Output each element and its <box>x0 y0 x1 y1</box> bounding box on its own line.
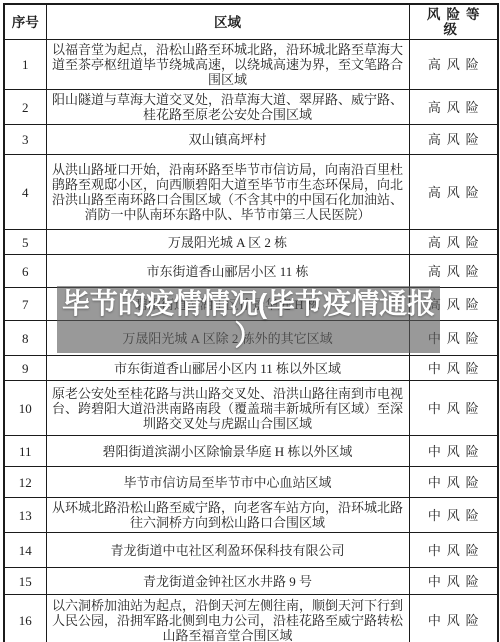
row-no-cell: 2 <box>4 90 46 125</box>
table-row: 15 青龙街道金钟社区水井路 9 号 中风险 <box>4 568 498 595</box>
risk-cell: 中风险 <box>409 568 498 595</box>
risk-cell: 中风险 <box>409 498 498 533</box>
region-cell: 碧阳街道滨湖小区除愉景华庭 H 栋以外区域 <box>46 436 409 467</box>
row-no-cell: 14 <box>4 533 46 568</box>
table-row: 2 阳山隧道与草海大道交叉处，沿草海大道、翠屏路、威宁路、桂花路至原老公安处合围… <box>4 90 498 125</box>
region-cell: 从环城北路沿松山路至威宁路，向老客车站方向，沿环城北路往六洞桥方向到松山路口合围… <box>46 498 409 533</box>
table-row: 1 以福音堂为起点，沿松山路至环城北路，沿环城北路至草海大道至茶亭枢纽道毕节绕城… <box>4 40 498 90</box>
risk-cell: 中风险 <box>409 356 498 381</box>
row-no-cell: 1 <box>4 40 46 90</box>
table-row: 6 市东街道香山郦居小区 11 栋 高风险 <box>4 255 498 288</box>
region-cell: 以福音堂为起点，沿松山路至环城北路，沿环城北路至草海大道至茶亭枢纽道毕节绕城高速… <box>46 40 409 90</box>
row-no-cell: 13 <box>4 498 46 533</box>
risk-cell: 高风险 <box>409 155 498 230</box>
region-cell: 青龙街道中屯社区利盈环保科技有限公司 <box>46 533 409 568</box>
region-cell: 万晟阳光城 A 区 2 栋 <box>46 230 409 255</box>
table-row: 13 从环城北路沿松山路至威宁路，向老客车站方向，沿环城北路往六洞桥方向到松山路… <box>4 498 498 533</box>
region-cell: 市东街道香山郦居小区 11 栋 <box>46 255 409 288</box>
row-no-cell: 5 <box>4 230 46 255</box>
row-no-cell: 15 <box>4 568 46 595</box>
risk-cell: 高风险 <box>409 230 498 255</box>
row-no-cell: 3 <box>4 125 46 155</box>
row-no-cell: 4 <box>4 155 46 230</box>
region-cell: 毕节市信访局至毕节市中心血站区域 <box>46 467 409 498</box>
region-cell: 市东街道香山郦居小区内 11 栋以外区域 <box>46 356 409 381</box>
row-no-cell: 16 <box>4 595 46 642</box>
row-no-cell: 12 <box>4 467 46 498</box>
risk-cell: 高风险 <box>409 40 498 90</box>
region-cell: 以六洞桥加油站为起点，沿倒天河左侧往南，顺倒天河下行到人民公园，沿拥军路北侧到电… <box>46 595 409 642</box>
row-no-cell: 10 <box>4 381 46 436</box>
col-header-region: 区域 <box>46 4 409 40</box>
risk-cell: 中风险 <box>409 595 498 642</box>
table-header-row: 序号 区域 风险等级 <box>4 4 498 40</box>
region-cell: 青龙街道金钟社区水井路 9 号 <box>46 568 409 595</box>
risk-cell: 中风险 <box>409 467 498 498</box>
table-row: 16 以六洞桥加油站为起点，沿倒天河左侧往南，顺倒天河下行到人民公园，沿拥军路北… <box>4 595 498 642</box>
table-row: 12 毕节市信访局至毕节市中心血站区域 中风险 <box>4 467 498 498</box>
risk-cell: 中风险 <box>409 436 498 467</box>
col-header-no: 序号 <box>4 4 46 40</box>
risk-cell: 高风险 <box>409 90 498 125</box>
region-cell: 原老公安处至桂花路与洪山路交叉处、沿洪山路往南到市电视台、跨碧阳大道沿洪南路南段… <box>46 381 409 436</box>
region-cell: 从洪山路垭口开始，沿南环路至毕节市信访局，向南沿百里杜鹃路至观邸小区，向西顺碧阳… <box>46 155 409 230</box>
table-row: 7 碧阳街道滨湖小区愉景华庭 H 栋 高风险 <box>4 288 498 321</box>
table-row: 9 市东街道香山郦居小区内 11 栋以外区域 中风险 <box>4 356 498 381</box>
table-row: 14 青龙街道中屯社区利盈环保科技有限公司 中风险 <box>4 533 498 568</box>
risk-cell: 高风险 <box>409 255 498 288</box>
table-row: 11 碧阳街道滨湖小区除愉景华庭 H 栋以外区域 中风险 <box>4 436 498 467</box>
region-cell: 双山镇高坪村 <box>46 125 409 155</box>
row-no-cell: 11 <box>4 436 46 467</box>
table-row: 4 从洪山路垭口开始，沿南环路至毕节市信访局，向南沿百里杜鹃路至观邸小区，向西顺… <box>4 155 498 230</box>
row-no-cell: 8 <box>4 321 46 356</box>
risk-area-document: 序号 区域 风险等级 1 以福音堂为起点，沿松山路至环城北路，沿环城北路至草海大… <box>0 0 500 642</box>
risk-cell: 高风险 <box>409 288 498 321</box>
row-no-cell: 6 <box>4 255 46 288</box>
risk-cell: 高风险 <box>409 125 498 155</box>
risk-cell: 中风险 <box>409 533 498 568</box>
col-header-risk: 风险等级 <box>409 4 498 40</box>
region-cell: 阳山隧道与草海大道交叉处，沿草海大道、翠屏路、威宁路、桂花路至原老公安处合围区域 <box>46 90 409 125</box>
row-no-cell: 9 <box>4 356 46 381</box>
risk-cell: 中风险 <box>409 321 498 356</box>
risk-table: 序号 区域 风险等级 1 以福音堂为起点，沿松山路至环城北路，沿环城北路至草海大… <box>3 3 499 642</box>
region-cell: 万晟阳光城 A 区除 2 栋外的其它区域 <box>46 321 409 356</box>
table-row: 10 原老公安处至桂花路与洪山路交叉处、沿洪山路往南到市电视台、跨碧阳大道沿洪南… <box>4 381 498 436</box>
table-row: 8 万晟阳光城 A 区除 2 栋外的其它区域 中风险 <box>4 321 498 356</box>
risk-cell: 中风险 <box>409 381 498 436</box>
table-row: 5 万晟阳光城 A 区 2 栋 高风险 <box>4 230 498 255</box>
region-cell: 碧阳街道滨湖小区愉景华庭 H 栋 <box>46 288 409 321</box>
table-row: 3 双山镇高坪村 高风险 <box>4 125 498 155</box>
row-no-cell: 7 <box>4 288 46 321</box>
